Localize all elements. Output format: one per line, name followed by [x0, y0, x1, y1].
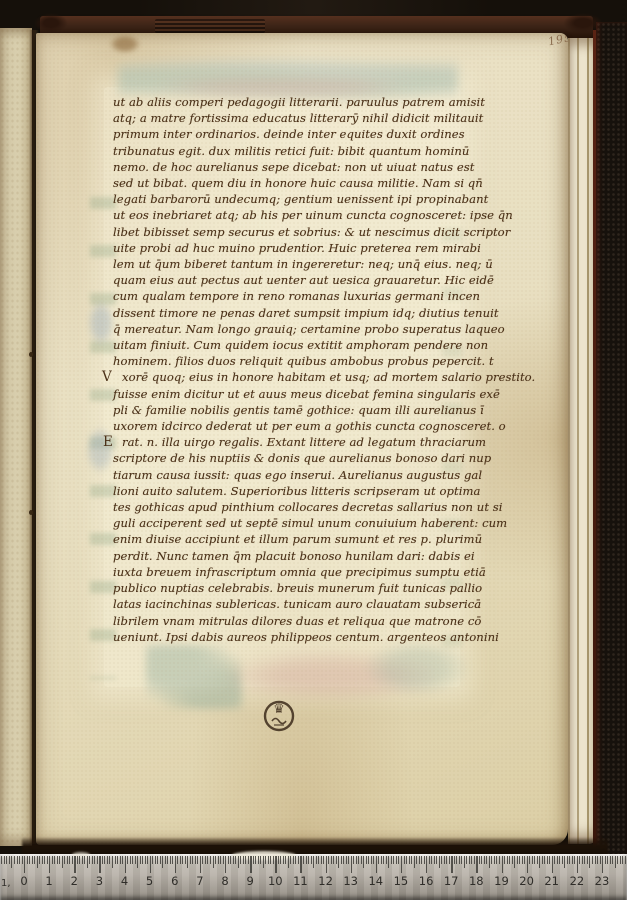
- manuscript-text-line: ut ab aliis comperi pedagogii litterarii…: [113, 94, 465, 110]
- ruler-number-row: 01234567891011121314151617181920212223: [0, 854, 627, 900]
- margin-initial-v: V: [102, 369, 112, 385]
- ruler-cm-label: 7: [196, 874, 203, 888]
- ruler-cm-label: 2: [71, 874, 78, 888]
- manuscript-text-line: tribunatus egit. dux militis retici fuit…: [113, 143, 465, 159]
- manuscript-text-line: ut eos inebriaret atq; ab his per uinum …: [113, 207, 465, 223]
- ruler-cm-label: 9: [247, 874, 254, 888]
- ruler-cm-label: 12: [318, 874, 333, 888]
- manuscript-text-line: publico nuptias celebrabis. breuis muner…: [113, 580, 465, 596]
- ruler-cm-label: 16: [419, 874, 434, 888]
- manuscript-text-line: libet bibisset semp securus et sobrius: …: [113, 224, 465, 240]
- ruler-cm-label: 21: [544, 874, 559, 888]
- ruler-cm-label: 8: [221, 874, 228, 888]
- manuscript-text-line: hominem. filios duos reliquit quibus amb…: [113, 353, 465, 369]
- ruler-cm-label: 14: [368, 874, 383, 888]
- ruler-cm-label: 18: [469, 874, 484, 888]
- measuring-ruler: 01234567891011121314151617181920212223 1…: [0, 854, 627, 900]
- manuscript-text-line: nemo. de hoc aurelianus sepe dicebat: no…: [113, 159, 465, 175]
- manuscript-text-line: lem ut q̄um biberet tantum in ingereretu…: [113, 256, 465, 272]
- ruler-cm-label: 19: [494, 874, 509, 888]
- manuscript-text-line: legati barbarorū undecumq; gentium uenis…: [113, 191, 465, 207]
- manuscript-text-line: scriptore de his nuptiis & donis que aur…: [113, 450, 465, 466]
- ruler-cm-label: 3: [96, 874, 103, 888]
- manuscript-text-line: q̄ mereatur. Nam longo grauiq; certamine…: [113, 321, 465, 337]
- manuscript-text-line: lioni auito salutem. Superioribus litter…: [113, 483, 465, 499]
- manuscript-text-line: atq; a matre fortissima educatus littera…: [113, 110, 465, 126]
- parchment-stain: [110, 35, 140, 53]
- manuscript-text-line: uitam finiuit. Cum quidem iocus extitit …: [113, 337, 465, 353]
- manuscript-text-line: enim diuise accipiunt et illum parum sum…: [113, 531, 465, 547]
- manuscript-text-line: xorē quoq; eius in honore habitam et usq…: [113, 369, 465, 385]
- manuscript-text-line: dissent timore ne penas daret sumpsit im…: [113, 305, 465, 321]
- ruler-cm-label: 4: [121, 874, 128, 888]
- sewing-station-dot: [29, 510, 33, 515]
- manuscript-text-line: sed ut bibat. quem diu in honore huic ca…: [113, 175, 465, 191]
- binding-wear-left: [34, 13, 68, 33]
- manuscript-text-line: librilem vnam mitrulas dilores duas et r…: [113, 613, 465, 629]
- ruler-cm-label: 22: [570, 874, 585, 888]
- manuscript-text-line: ueniunt. Ipsi dabis aureos philippeos ce…: [113, 629, 465, 645]
- ruler-edge-label: 1,: [1, 878, 11, 889]
- manuscript-textblock: ut ab aliis comperi pedagogii litterarii…: [113, 94, 465, 645]
- manuscript-photo: 195 ut ab aliis comperi pedagogii litter…: [0, 0, 627, 900]
- manuscript-text-line: primum inter ordinarios. deinde inter eq…: [113, 126, 465, 142]
- book-cover-right: [596, 22, 627, 858]
- manuscript-text-line: latas iacinchinas sublericas. tunicam au…: [113, 596, 465, 612]
- ruler-cm-label: 20: [519, 874, 534, 888]
- manuscript-text-line: iuxta breuem infrascriptum omnia que pre…: [113, 564, 465, 580]
- manuscript-text-line: quam eius aut pectus aut uenter aut uesi…: [113, 272, 465, 288]
- manuscript-text-line: rat. n. illa uirgo regalis. Extant litte…: [113, 434, 465, 450]
- manuscript-text-line: cum qualam tempore in reno romanas luxur…: [113, 288, 465, 304]
- ruler-cm-label: 1: [45, 874, 52, 888]
- ruler-cm-label: 6: [171, 874, 178, 888]
- ruler-cm-label: 11: [293, 874, 308, 888]
- ruler-cm-label: 23: [595, 874, 610, 888]
- facing-page-edge: [0, 28, 32, 846]
- manuscript-text-line: guli acciperent sed ut septē simul unum …: [113, 515, 465, 531]
- ruler-cm-label: 10: [268, 874, 283, 888]
- ruler-cm-label: 17: [444, 874, 459, 888]
- margin-initial-e: E: [103, 434, 113, 450]
- ruler-cm-label: 13: [343, 874, 358, 888]
- library-stamp-crowned-monogram-icon: ♛: [261, 695, 297, 735]
- manuscript-text-line: tiarum causa iussit: quas ego inserui. A…: [113, 467, 465, 483]
- ruler-cm-label: 5: [146, 874, 153, 888]
- ruler-cm-label: 0: [20, 874, 27, 888]
- ruler-cm-label: 15: [394, 874, 409, 888]
- folio-number: 195: [547, 33, 568, 48]
- sewing-station-dot: [29, 352, 33, 357]
- stamp-crown-glyph: ♛: [273, 702, 285, 717]
- manuscript-text-line: pli & familie nobilis gentis tamē gothic…: [113, 402, 465, 418]
- manuscript-text-line: uite probi ad huc muino prudentior. Huic…: [113, 240, 465, 256]
- manuscript-page: 195 ut ab aliis comperi pedagogii litter…: [36, 33, 568, 845]
- manuscript-text-line: fuisse enim dicitur ut et auus meus dice…: [113, 386, 465, 402]
- manuscript-text-line: uxorem idcirco dederat ut per eum a goth…: [113, 418, 465, 434]
- manuscript-text-line: tes gothicas apud pinthium collocares de…: [113, 499, 465, 515]
- manuscript-text-line: perdit. Nunc tamen q̄m placuit bonoso hu…: [113, 548, 465, 564]
